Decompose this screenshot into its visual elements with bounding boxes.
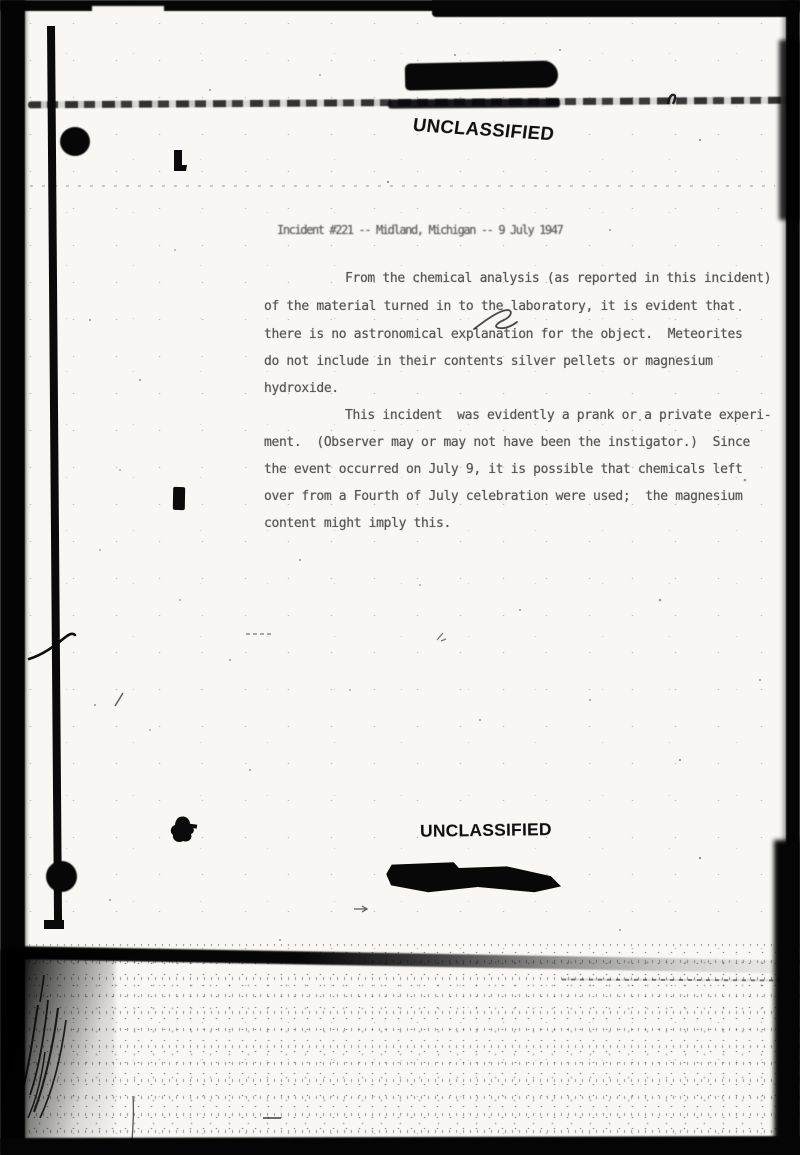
- scanned-document-page: Incident #221 -- Midland, Michigan -- 9 …: [0, 0, 800, 1155]
- ink-mark-t: [174, 150, 187, 171]
- typed-line: ment. (Observer may or may not have been…: [264, 435, 750, 450]
- typed-line: This incident was evidently a prank or a…: [264, 408, 771, 423]
- crease-smudge-dark-segment: [388, 98, 560, 108]
- ink-blot: [171, 817, 194, 842]
- scan-border-right-patch: [774, 840, 800, 1155]
- incident-heading: Incident #221 -- Midland, Michigan -- 9 …: [277, 223, 562, 237]
- scan-grain-bottom-strip: [0, 944, 800, 1140]
- scan-border-left-bottom-fade: [0, 950, 115, 1155]
- scan-border-top-right: [432, 0, 800, 17]
- faint-fold-line: [30, 185, 775, 187]
- typed-line: there is no astronomical explanation for…: [264, 327, 743, 342]
- ink-mark-bracket: [173, 487, 185, 510]
- redaction-bar-top: [405, 60, 559, 90]
- scan-border-right-patch-upper: [779, 40, 800, 220]
- redaction-bar-bottom: [386, 859, 564, 901]
- scan-border-bottom: [0, 1136, 800, 1155]
- typed-line: do not include in their contents silver …: [264, 354, 713, 369]
- binder-line-foot: [44, 920, 64, 929]
- hole-punch-bottom: [46, 861, 77, 892]
- hole-punch-top: [60, 127, 90, 156]
- tiny-tick: [437, 633, 446, 641]
- typed-line: the event occurred on July 9, it is poss…: [264, 462, 743, 477]
- typed-line: hydroxide.: [264, 381, 339, 396]
- typed-line: content might imply this.: [264, 516, 451, 531]
- unclassified-stamp-top: UNCLASSIFIED: [412, 114, 556, 145]
- unclassified-stamp-bottom: UNCLASSIFIED: [420, 819, 552, 842]
- arrow-tick: [354, 906, 367, 912]
- binder-margin-line: [47, 26, 62, 924]
- typed-line: of the material turned in to the laborat…: [264, 299, 735, 314]
- scan-border-top-notch: [92, 6, 164, 13]
- typed-line: From the chemical analysis (as reported …: [264, 271, 771, 286]
- small-slash: [115, 693, 123, 706]
- typed-line: over from a Fourth of July celebration w…: [264, 489, 743, 504]
